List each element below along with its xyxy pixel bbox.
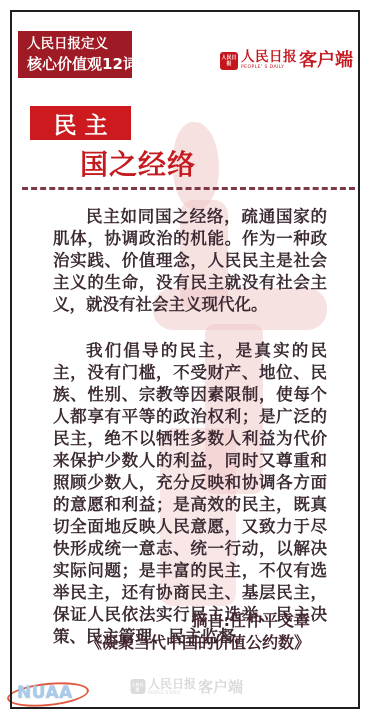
attribution-work-title: 《凝聚当代中国的价值公约数》	[86, 632, 310, 654]
people-daily-logo-icon: 人民日报	[130, 679, 145, 694]
keyword-box: 民主	[30, 106, 131, 140]
keyword-label: 民主	[46, 107, 116, 140]
logo-name-cn: 人民日报	[148, 678, 196, 690]
article-body: 民主如同国之经络，疏通国家的肌体，协调政治的机能。作为一种政治实践、价值理念，人…	[53, 206, 327, 648]
badge-line-1: 人民日报定义	[27, 34, 126, 54]
attribution-source: 摘自:任仲平文章	[86, 610, 310, 632]
header-badge: 人民日报定义 核心价值观12词	[18, 31, 132, 78]
logo-client-suffix: 客户端	[198, 676, 243, 697]
people-daily-client-logo: 人民日报 人民日报 PEOPLE' S DAILY 客户端	[220, 51, 353, 70]
people-daily-logo-icon: 人民日报	[220, 52, 238, 70]
article-paragraph-1: 民主如同国之经络，疏通国家的肌体，协调政治的机能。作为一种政治实践、价值理念，人…	[53, 206, 327, 316]
footer-watermark-logo: 人民日报 人民日报 PEOPLE' S DAILY 客户端	[130, 676, 243, 697]
nuaa-watermark: NUAA	[7, 680, 93, 708]
logo-client-suffix: 客户端	[299, 52, 353, 70]
logo-name-en: PEOPLE' S DAILY	[148, 691, 181, 696]
badge-line-2: 核心价值观12词	[27, 54, 126, 75]
logo-name-block: 人民日报 PEOPLE' S DAILY	[241, 51, 297, 70]
attribution-block: 摘自:任仲平文章 《凝聚当代中国的价值公约数》	[86, 610, 310, 654]
logo-name-en: PEOPLE' S DAILY	[241, 65, 284, 70]
subtitle-text: 国之经络	[80, 143, 196, 183]
logo-name-block: 人民日报 PEOPLE' S DAILY	[148, 678, 196, 696]
dashed-divider	[22, 187, 355, 190]
logo-name-cn: 人民日报	[241, 51, 297, 64]
article-paragraph-2: 我们倡导的民主，是真实的民主，没有门槛，不受财产、地位、民族、性别、宗教等因素限…	[53, 340, 327, 648]
nuaa-letters: NUAA	[17, 683, 73, 703]
